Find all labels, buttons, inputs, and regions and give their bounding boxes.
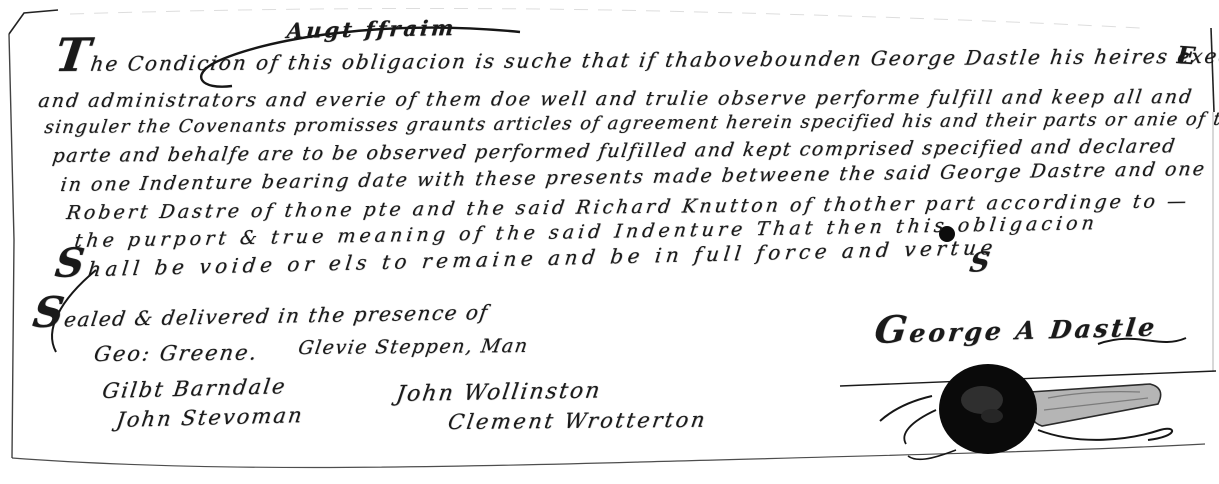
witness-signature-glevie-steppen: Glevie Steppen, Man bbox=[297, 335, 531, 359]
witness-signature-clement-wrotterton: Clement Wrotterton bbox=[446, 408, 708, 434]
paraph-mark: S bbox=[968, 247, 992, 279]
paper-edge-bottom bbox=[12, 444, 1205, 468]
manuscript-sheet: Augt ffraim E The Condicion of this obli… bbox=[0, 0, 1219, 484]
pen-flourish-tag-tail bbox=[1038, 429, 1172, 440]
wax-seal-impression bbox=[981, 409, 1003, 423]
witness-signature-john-stevoman: John Stevoman bbox=[115, 403, 305, 432]
witness-signature-gilbt-barndale: Gilbt Barndale bbox=[101, 374, 288, 403]
endorsement-heading: Augt ffraim bbox=[286, 15, 458, 43]
pen-flourish-seal-left-1 bbox=[880, 396, 932, 421]
paper-corner-topleft bbox=[9, 10, 58, 34]
paper-edge-top bbox=[70, 8, 1140, 28]
witness-signature-geo-greene: Geo: Greene. bbox=[92, 341, 260, 366]
manuscript-line-2: and administrators and everie of them do… bbox=[37, 86, 1195, 112]
witness-signature-john-wollinston: John Wollinston bbox=[394, 378, 603, 407]
pen-flourish-seal-left-2 bbox=[904, 410, 936, 444]
seal-tag bbox=[1029, 384, 1161, 426]
paper-edge-right bbox=[1211, 28, 1214, 112]
paper-edge-left bbox=[9, 34, 14, 458]
